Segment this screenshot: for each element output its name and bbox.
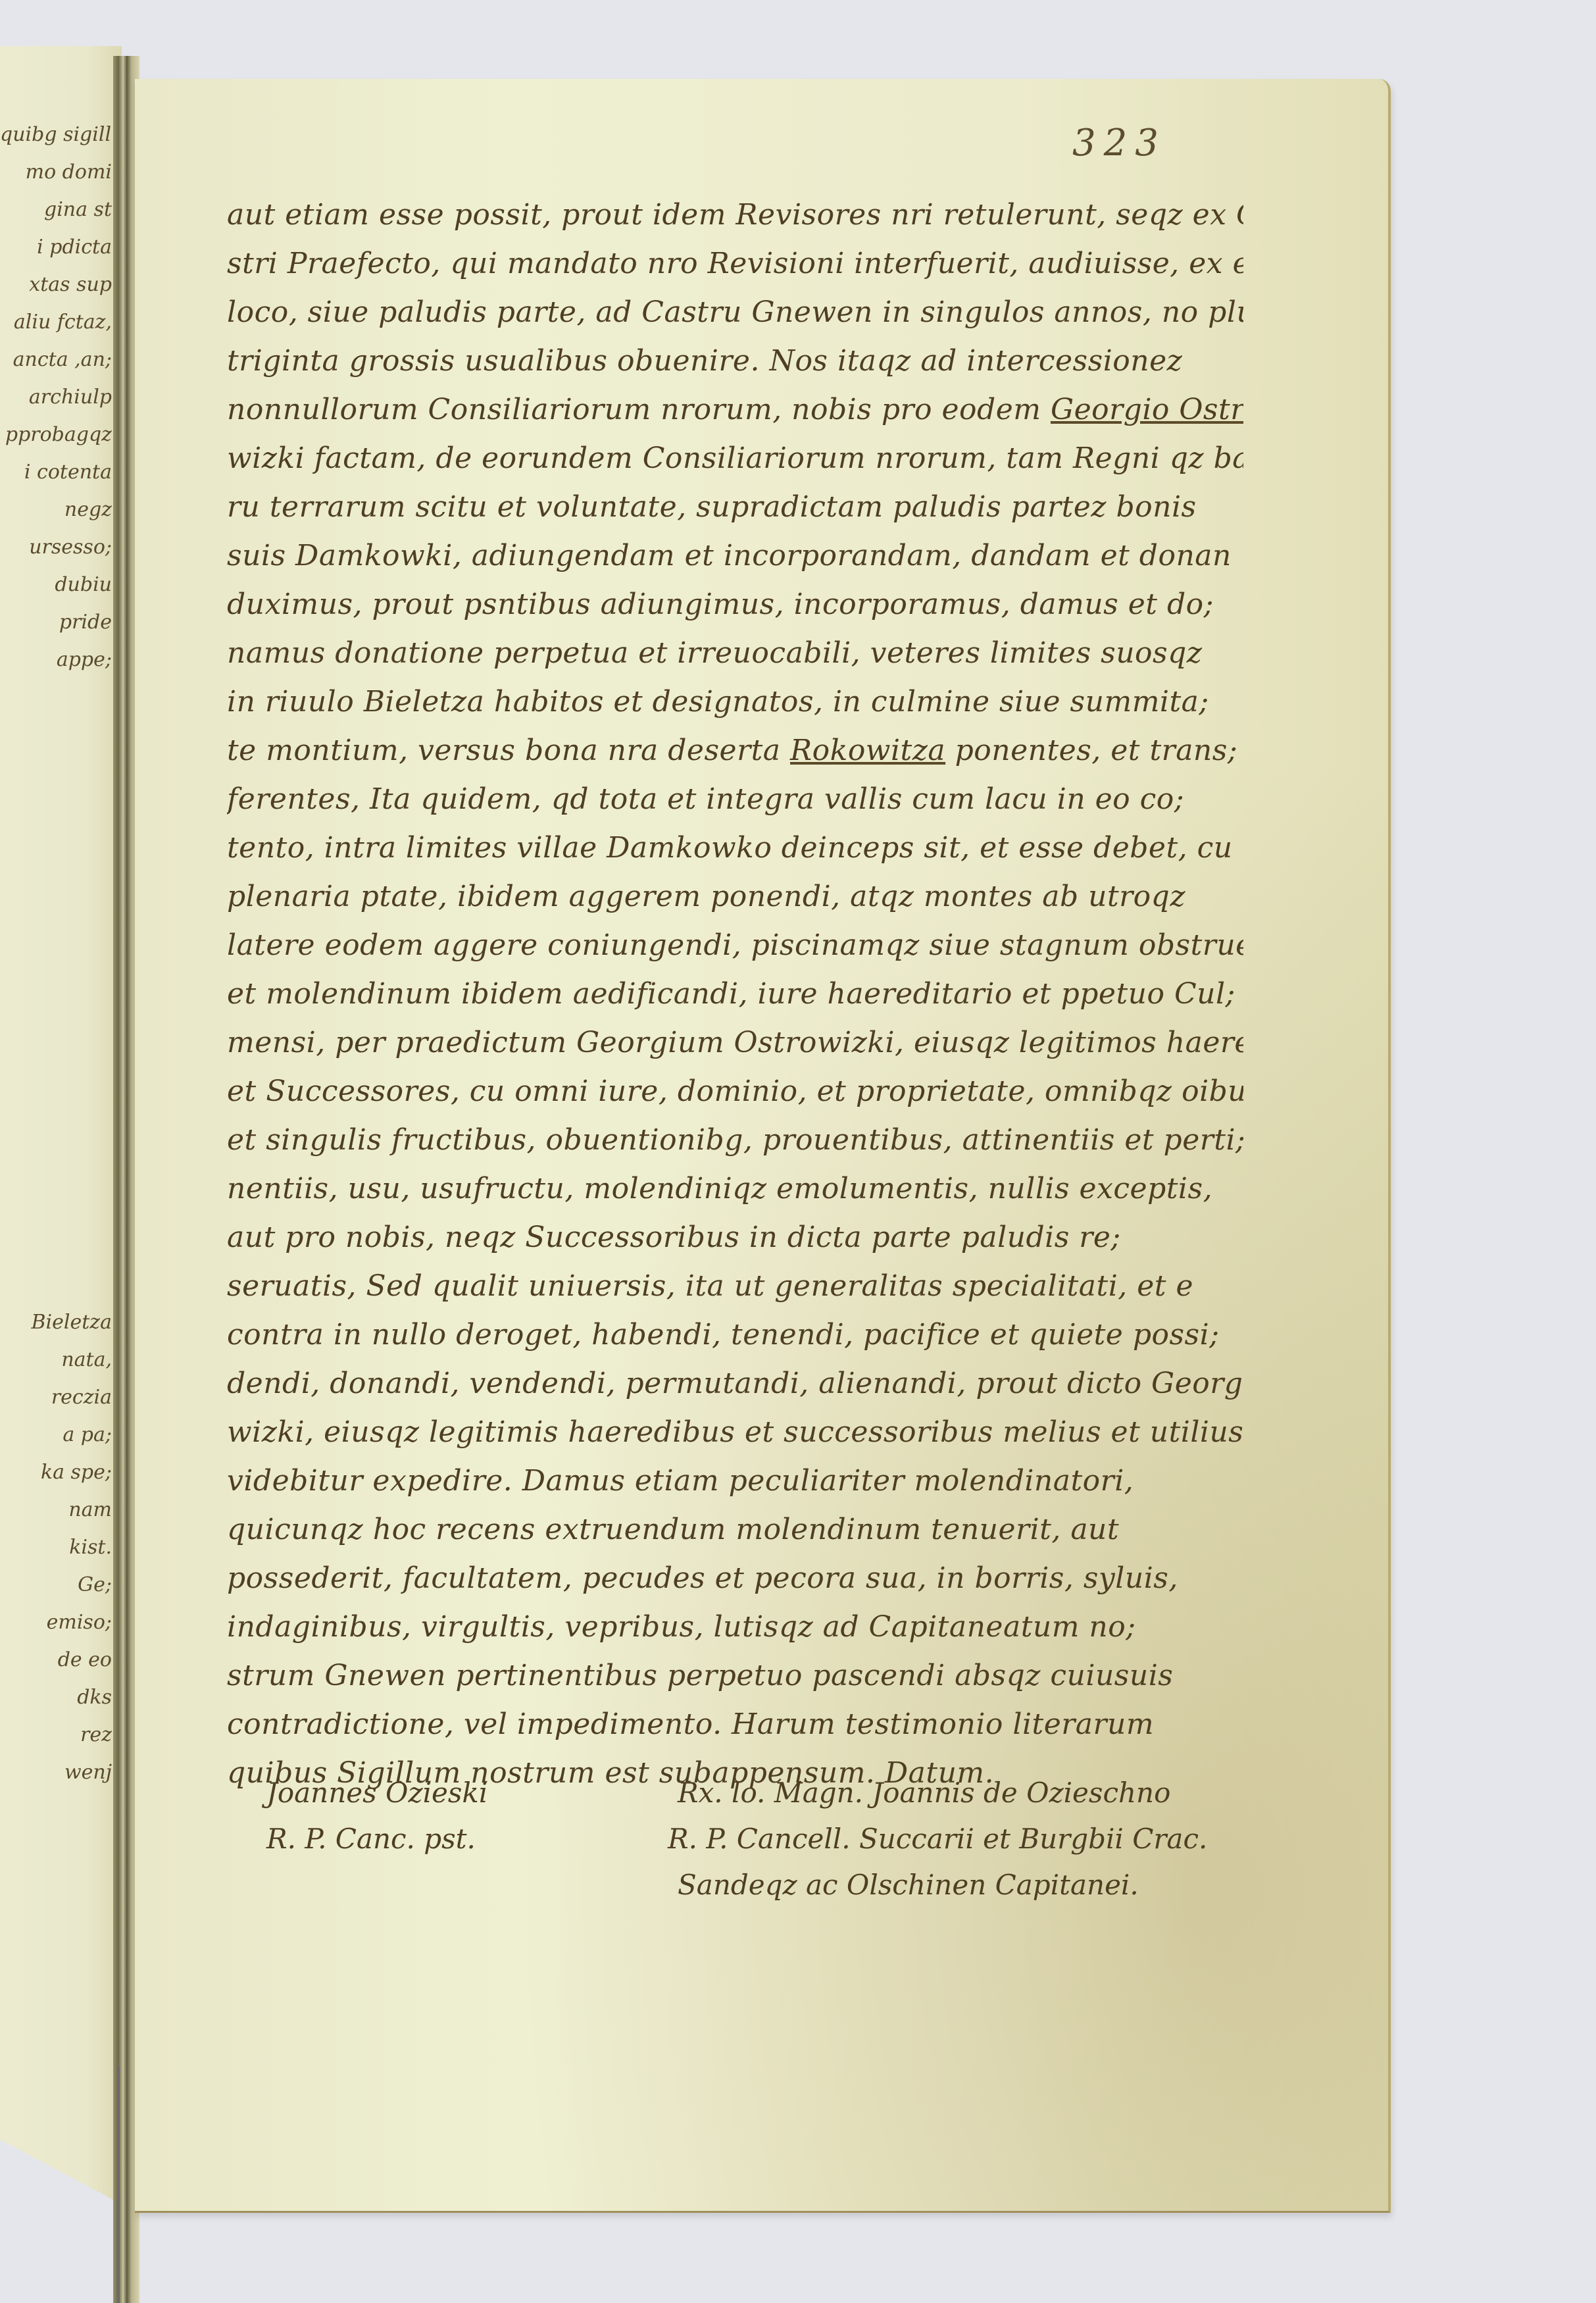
margin-note: i pdicta (0, 234, 112, 261)
text-line: namus donatione perpetua et irreuocabili… (227, 629, 1243, 678)
margin-note: emiso; (0, 1609, 112, 1636)
text-line: nentiis, usu, usufructu, molendiniqz emo… (227, 1165, 1243, 1213)
text-line: ferentes, Ita quidem, qd tota et integra… (227, 775, 1243, 824)
text-line: mensi, per praedictum Georgium Ostrowizk… (227, 1019, 1243, 1067)
text-line: te montium, versus bona nra deserta Roko… (227, 726, 1243, 775)
margin-note: i cotenta (0, 459, 112, 486)
text-line: nonnullorum Consiliariorum nrorum, nobis… (227, 386, 1243, 434)
margin-note: quibg sigillu (0, 122, 112, 148)
margin-note: dubiu (0, 572, 112, 598)
margin-note: dks (0, 1684, 112, 1711)
margin-note: rez (0, 1722, 112, 1748)
text-line: stri Praefecto, qui mandato nro Revision… (227, 240, 1243, 288)
margin-note: pprobagqz (0, 422, 112, 448)
margin-note: mo domi (0, 159, 112, 186)
folio-number: 323 (1072, 122, 1166, 164)
margin-note: ka spe; (0, 1459, 112, 1486)
text-line: possederit, facultatem, pecudes et pecor… (227, 1554, 1243, 1603)
margin-note: de eo (0, 1647, 112, 1673)
signature-block-right: Rx. lo. Magn. Joannis de Ozieschno R. P.… (678, 1770, 1207, 1908)
margin-note: Ge; (0, 1572, 112, 1598)
text-line: tento, intra limites villae Damkowko dei… (227, 824, 1243, 873)
text-line: et Successores, cu omni iure, dominio, e… (227, 1067, 1243, 1116)
margin-note: appe; (0, 647, 112, 673)
book-gutter-edge (117, 2066, 120, 2303)
text-line: quicunqz hoc recens extruendum molendinu… (227, 1506, 1243, 1554)
manuscript-body-text: aut etiam esse possit, prout idem Reviso… (227, 191, 1243, 1798)
text-line: ru terrarum scitu et voluntate, supradic… (227, 483, 1243, 532)
text-line: in riuulo Bieletza habitos et designatos… (227, 678, 1243, 726)
text-line: plenaria ptate, ibidem aggerem ponendi, … (227, 873, 1243, 921)
margin-note: a pa; (0, 1422, 112, 1448)
margin-note: pride (0, 609, 112, 636)
margin-note: kist. (0, 1534, 112, 1561)
signature-block-left: Joannes Ozieski R. P. Canc. pst. (266, 1770, 487, 1862)
text-line: et singulis fructibus, obuentionibg, pro… (227, 1116, 1243, 1165)
text-line: dendi, donandi, vendendi, permutandi, al… (227, 1359, 1243, 1408)
margin-note: ursesso; (0, 534, 112, 561)
text-line: latere eodem aggere coniungendi, piscina… (227, 921, 1243, 970)
signature-line: Sandeqz ac Olschinen Capitanei. (678, 1862, 1207, 1908)
text-line: strum Gnewen pertinentibus perpetuo pasc… (227, 1652, 1243, 1700)
text-line: aut pro nobis, neqz Successoribus in dic… (227, 1213, 1243, 1262)
text-line: wizki, eiusqz legitimis haeredibus et su… (227, 1408, 1243, 1457)
margin-note: ancta ,an; (0, 347, 112, 373)
text-line: duximus, prout psntibus adiungimus, inco… (227, 580, 1243, 629)
text-line: wizki factam, de eorundem Consiliariorum… (227, 434, 1243, 483)
margin-note: negz (0, 497, 112, 523)
text-line: indaginibus, virgultis, vepribus, lutisq… (227, 1603, 1243, 1652)
text-line: et molendinum ibidem aedificandi, iure h… (227, 970, 1243, 1019)
text-line: contra in nullo deroget, habendi, tenend… (227, 1311, 1243, 1359)
margin-note: gina st (0, 197, 112, 223)
margin-note: nam (0, 1497, 112, 1523)
text-line: triginta grossis usualibus obuenire. Nos… (227, 337, 1243, 386)
signature-line: R. P. Canc. pst. (266, 1816, 487, 1862)
text-line: seruatis, Sed qualit uniuersis, ita ut g… (227, 1262, 1243, 1311)
text-line: videbitur expedire. Damus etiam peculiar… (227, 1457, 1243, 1506)
margin-note: xtas sup (0, 272, 112, 298)
underlined-name: Georgio Ostro (1051, 393, 1243, 426)
signature-line: Joannes Ozieski (266, 1770, 487, 1816)
margin-note: wenj (0, 1759, 112, 1786)
margin-note: reczia (0, 1384, 112, 1411)
signature-line: R. P. Cancell. Succarii et Burgbii Crac. (668, 1816, 1207, 1862)
text-line: contradictione, vel impedimento. Harum t… (227, 1700, 1243, 1749)
text-line: loco, siue paludis parte, ad Castru Gnew… (227, 288, 1243, 337)
margin-note: archiulp (0, 384, 112, 411)
signature-line: Rx. lo. Magn. Joannis de Ozieschno (678, 1770, 1207, 1816)
margin-note: nata, (0, 1347, 112, 1373)
margin-note: Bieletza (0, 1309, 112, 1336)
text-line: suis Damkowki, adiungendam et incorporan… (227, 532, 1243, 580)
margin-note: aliu fctaz, (0, 309, 112, 336)
text-line: aut etiam esse possit, prout idem Reviso… (227, 191, 1243, 240)
underlined-name: Rokowitza (790, 734, 945, 767)
